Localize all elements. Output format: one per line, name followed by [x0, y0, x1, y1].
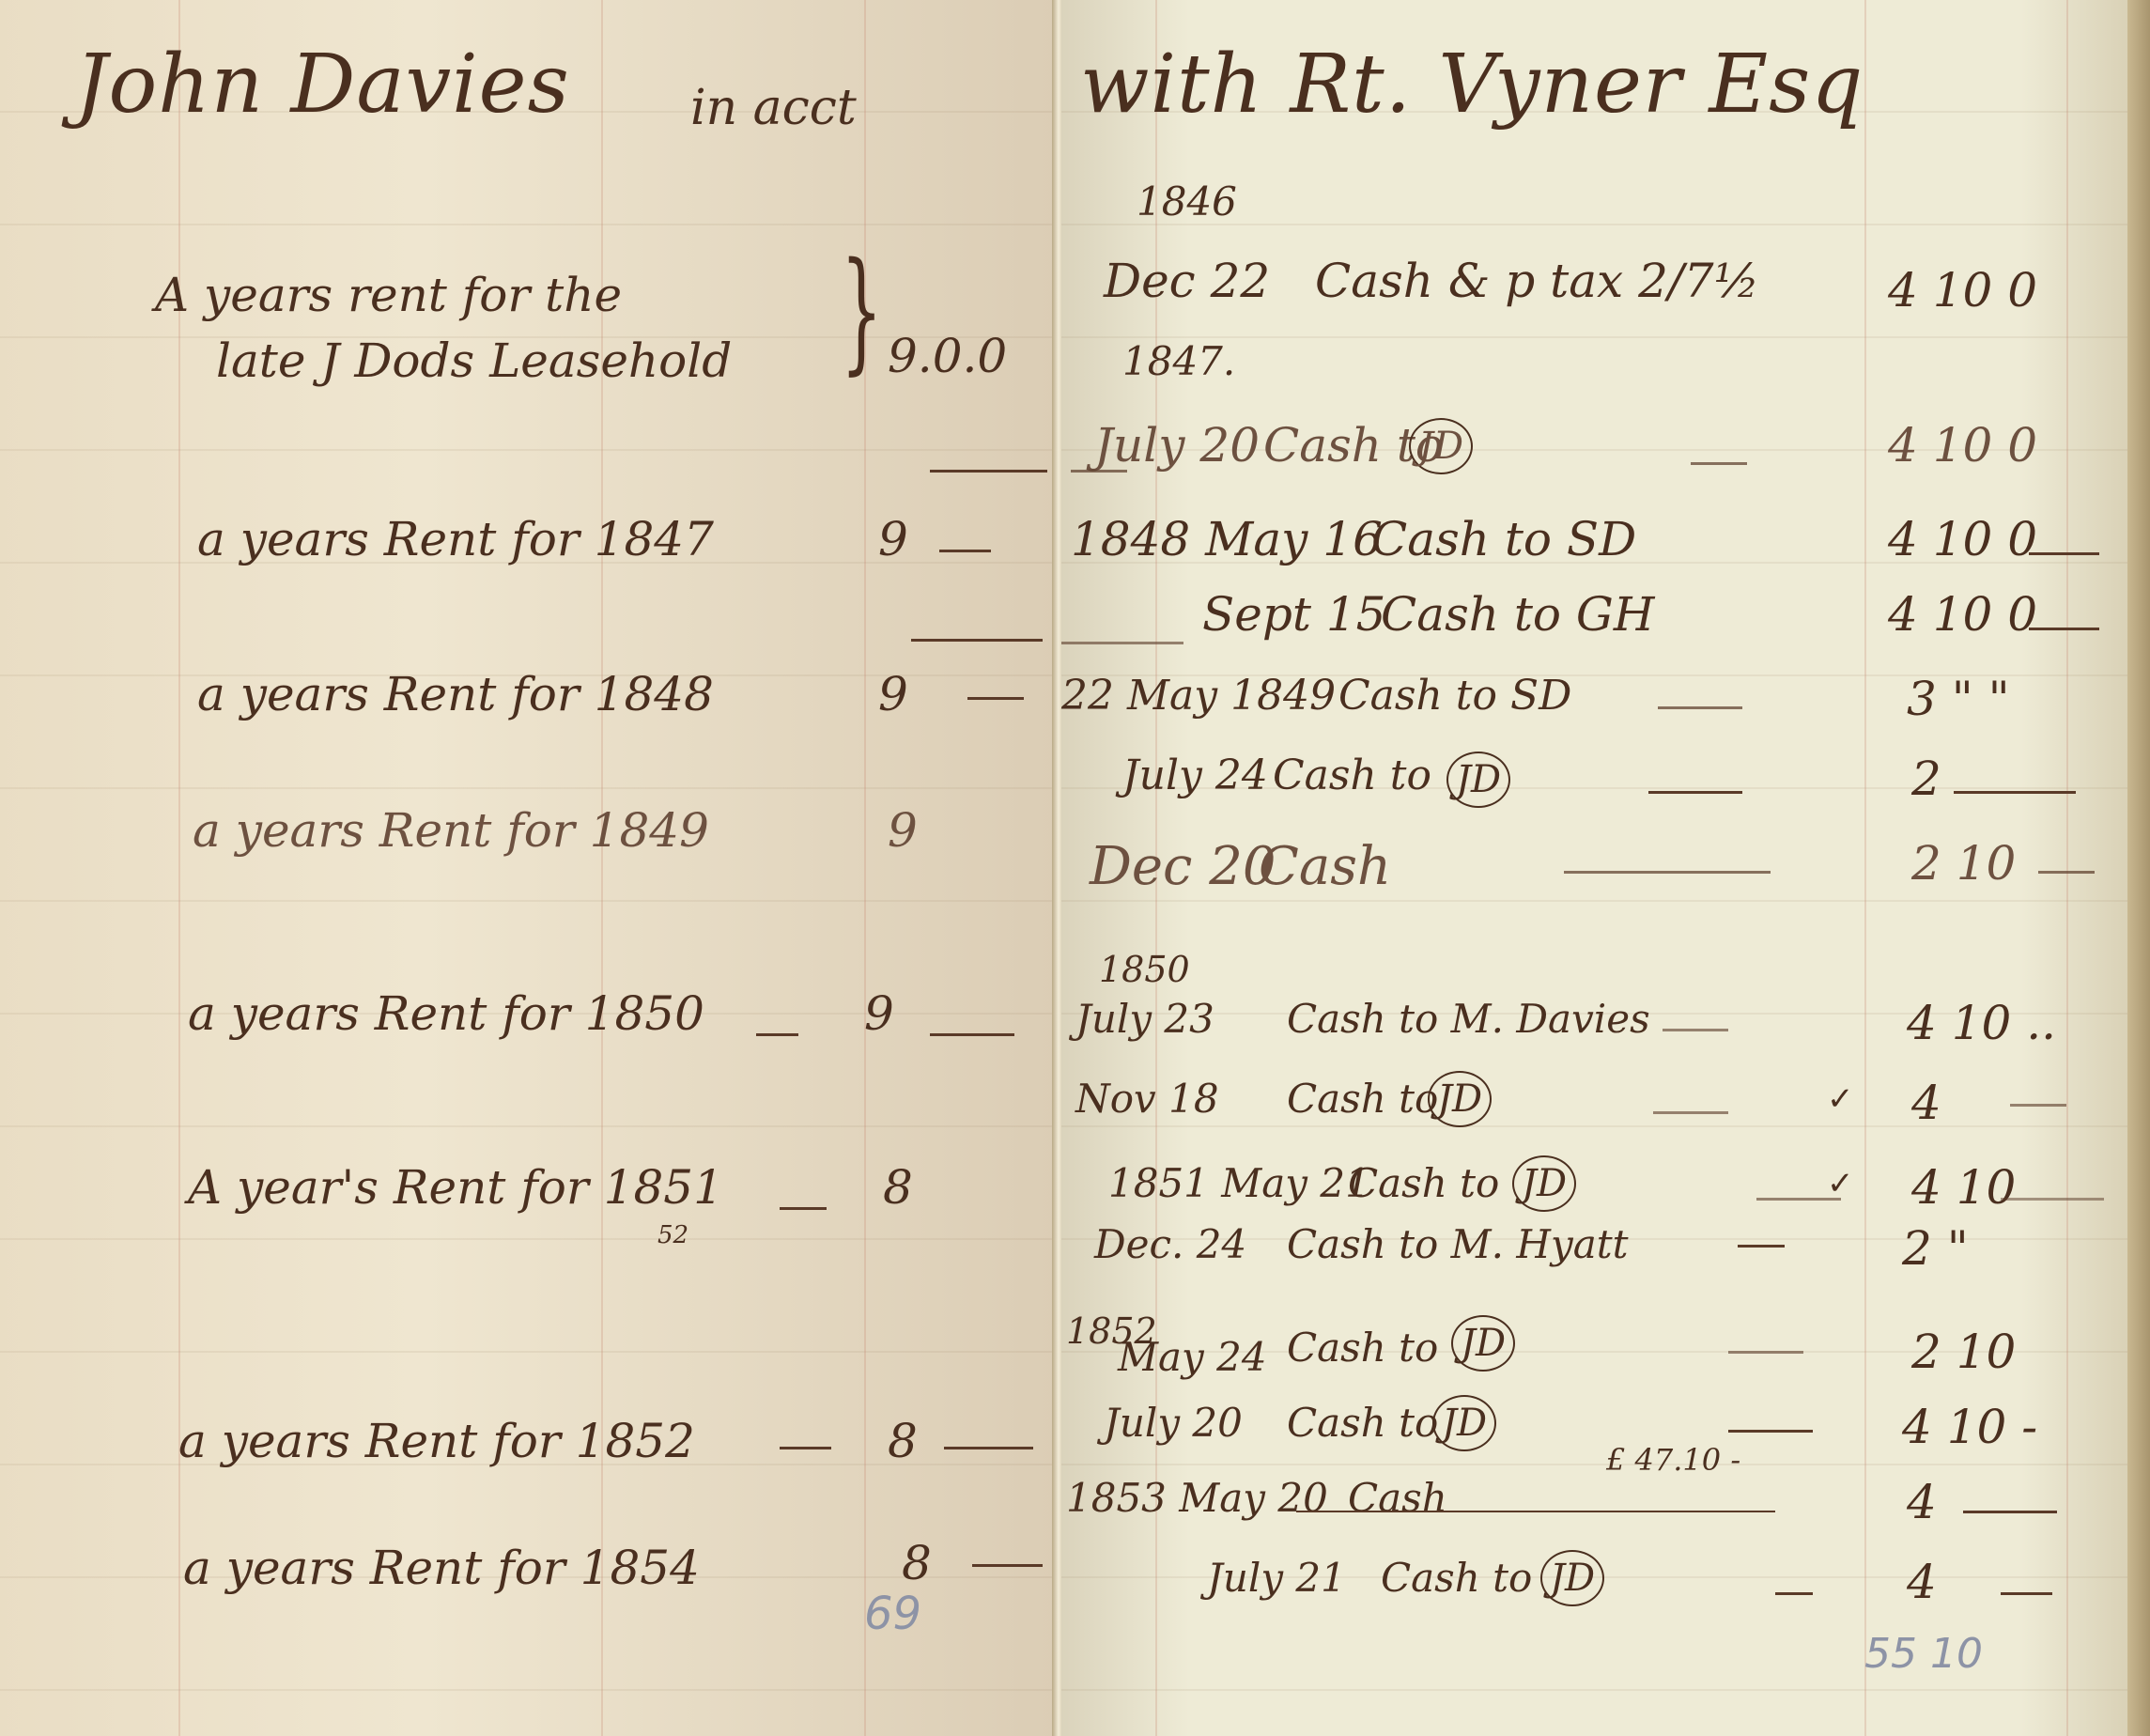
dash-mark — [1564, 871, 1771, 874]
entry-text: A year's Rent for 1851 — [188, 1160, 723, 1215]
entry-amount: 2 10 — [1911, 1325, 2016, 1379]
entry-amount: 8 — [902, 1536, 932, 1590]
dash-mark — [939, 550, 991, 552]
dash-mark — [1663, 1029, 1728, 1031]
dash-mark — [1691, 462, 1747, 465]
dash-mark — [1775, 1592, 1813, 1595]
rule-line — [1296, 1511, 1775, 1512]
entry-text: Cash to GH — [1381, 587, 1654, 642]
column-rule — [2066, 0, 2068, 1736]
rule-line — [1061, 642, 1183, 644]
title-in-account: in acct — [690, 80, 857, 136]
year-header: 1847. — [1122, 338, 1235, 384]
entry-text: a years Rent for 1852 — [178, 1414, 695, 1468]
brace-mark: } — [841, 235, 883, 388]
payee-initials-circled: JD — [1512, 1155, 1576, 1212]
entry-correction: 52 — [657, 1221, 688, 1249]
entry-amount: 4 — [1907, 1555, 1937, 1609]
dash-mark — [972, 1564, 1043, 1567]
entry-date: 1851 May 21 — [1108, 1160, 1370, 1206]
dash-mark — [967, 697, 1024, 700]
pencil-total: 55 10 — [1864, 1630, 1983, 1678]
entry-text: Cash to — [1348, 1160, 1499, 1206]
payee-initials-circled: JD — [1428, 1071, 1492, 1127]
dash-mark — [2029, 628, 2099, 630]
entry-text: a years Rent for 1848 — [197, 667, 714, 721]
entry-amount: 2 — [1911, 752, 1941, 806]
entry-date: Dec 22 — [1104, 254, 1270, 308]
dash-mark — [1648, 791, 1742, 794]
dash-mark — [1728, 1430, 1813, 1433]
entry-amount: 8 — [883, 1160, 913, 1215]
dash-mark — [1728, 1351, 1803, 1354]
entry-text: Cash & p tax 2/7½ — [1315, 254, 1759, 308]
column-rule — [601, 0, 603, 1736]
entry-amount: 4 10 - — [1902, 1400, 2037, 1454]
entry-amount: 9 — [878, 512, 908, 566]
entry-date: Dec 20 — [1090, 836, 1276, 897]
entry-text: Cash to — [1381, 1555, 1532, 1601]
entry-date: 1848 May 16 — [1071, 512, 1383, 566]
entry-text: a years Rent for 1854 — [183, 1541, 700, 1595]
dash-mark — [2001, 1592, 2052, 1595]
entry-date: May 24 — [1118, 1334, 1267, 1380]
dash-mark — [2038, 871, 2095, 874]
entry-text: Cash to — [1273, 752, 1431, 799]
entry-amount: 4 — [1911, 1076, 1941, 1130]
dash-mark — [944, 1447, 1033, 1449]
rule-line — [1071, 470, 1127, 473]
year-header: 1850 — [1099, 949, 1190, 990]
entry-text: Cash to — [1287, 1400, 1438, 1446]
dash-mark — [2010, 1104, 2066, 1107]
dash-mark — [1653, 1111, 1728, 1114]
check-mark: ✓ — [1827, 1080, 1854, 1118]
entry-amount: 4 10 .. — [1907, 996, 2056, 1050]
entry-text: a years Rent for 1849 — [193, 803, 709, 858]
dash-mark — [780, 1447, 831, 1449]
entry-date: Dec. 24 — [1094, 1221, 1246, 1267]
entry-text: Cash to — [1287, 1076, 1438, 1122]
rule-line — [911, 639, 1043, 642]
entry-text: Cash — [1348, 1475, 1447, 1521]
column-rule — [1864, 0, 1866, 1736]
dash-mark — [1963, 1511, 2057, 1513]
rule-line — [930, 470, 1047, 473]
entry-amount: 8 — [888, 1414, 918, 1468]
payee-initials-circled: JD — [1432, 1395, 1496, 1451]
entry-amount: 4 10 0 — [1888, 587, 2037, 642]
dash-mark — [1658, 706, 1742, 709]
entry-date: Nov 18 — [1075, 1076, 1219, 1122]
entry-text-line1: A years rent for the — [155, 268, 622, 322]
entry-amount: 4 10 — [1911, 1160, 2016, 1215]
margin-rule — [178, 0, 180, 1736]
subtotal: £ 47.10 - — [1606, 1442, 1740, 1478]
entry-date: July 20 — [1094, 418, 1260, 473]
year-header: 1846 — [1137, 178, 1237, 225]
entry-text-line2: late J Dods Leasehold — [216, 333, 732, 388]
entry-date: 1853 May 20 — [1066, 1475, 1328, 1521]
payee-initials-circled: JD — [1540, 1550, 1604, 1606]
dash-mark — [1738, 1245, 1785, 1248]
entry-date: July 23 — [1075, 996, 1214, 1042]
entry-amount: 4 10 0 — [1888, 263, 2037, 318]
entry-amount: 2 " — [1902, 1221, 1969, 1276]
left-page — [0, 0, 1057, 1736]
dash-mark — [2001, 1198, 2104, 1201]
entry-amount: 3 " " — [1907, 672, 2010, 726]
dash-mark — [2029, 552, 2099, 555]
entry-amount: 2 10 — [1911, 836, 2016, 891]
entry-text: Cash to SD — [1338, 672, 1571, 720]
entry-amount: 4 10 0 — [1888, 418, 2037, 473]
entry-text: Cash to M. Davies — [1287, 996, 1650, 1042]
entry-amount: 4 10 0 — [1888, 512, 2037, 566]
dash-mark — [930, 1033, 1014, 1036]
entry-amount: 4 — [1907, 1475, 1937, 1529]
entry-amount: 9 — [888, 803, 918, 858]
payee-initials-circled: JD — [1409, 418, 1473, 474]
entry-text: a years Rent for 1850 — [188, 986, 704, 1041]
entry-amount: 9 — [878, 667, 908, 721]
entry-text: a years Rent for 1847 — [197, 512, 714, 566]
entry-amount: 9.0.0 — [888, 329, 1007, 383]
dash-mark — [780, 1207, 827, 1210]
entry-date: July 24 — [1122, 752, 1268, 799]
entry-amount: 9 — [864, 986, 894, 1041]
page-edges — [2127, 0, 2150, 1736]
dash-mark — [1954, 791, 2076, 794]
entry-text: Cash — [1259, 836, 1391, 897]
entry-text: Cash to M. Hyatt — [1287, 1221, 1629, 1267]
entry-text: Cash to — [1287, 1325, 1438, 1371]
ledger-spread: John Davies in acct with Rt. Vyner Esq A… — [0, 0, 2150, 1736]
payee-initials-circled: JD — [1451, 1315, 1515, 1372]
account-holder-name: John Davies — [75, 38, 570, 132]
account-with-name: with Rt. Vyner Esq — [1080, 38, 1864, 132]
entry-text: Cash to SD — [1371, 512, 1636, 566]
pencil-total: 69 — [864, 1588, 921, 1640]
entry-date: Sept 15 — [1202, 587, 1385, 642]
dash-mark — [756, 1033, 798, 1036]
check-mark: ✓ — [1827, 1165, 1854, 1202]
entry-date: July 20 — [1104, 1400, 1243, 1446]
entry-date: 22 May 1849 — [1061, 672, 1336, 720]
entry-date: July 21 — [1207, 1555, 1346, 1601]
payee-initials-circled: JD — [1446, 752, 1510, 808]
